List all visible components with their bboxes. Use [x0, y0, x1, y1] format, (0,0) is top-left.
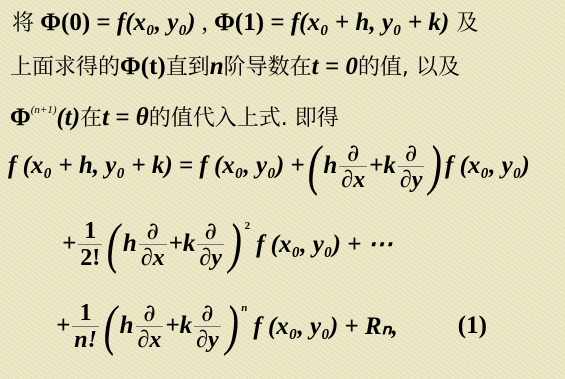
text-segment: 上面求得的 — [10, 55, 120, 80]
plus: + — [56, 312, 70, 340]
t-equals-theta: t = θ — [102, 104, 149, 131]
left-paren: ( — [104, 298, 117, 354]
args-2: (x₀ + h, y₀ + k) — [299, 9, 449, 36]
plus: + — [165, 312, 179, 340]
exponent-2: 2 — [245, 220, 251, 232]
text-line-2: 上面求得的Φ(t)直到n阶导数在t = 0的值, 以及 — [10, 52, 460, 83]
equation-label: (1) — [458, 312, 487, 340]
text-segment: 直到 — [166, 55, 210, 80]
partial-x-fraction: ∂∂x — [136, 300, 164, 353]
partial-x-fraction: ∂∂x — [139, 218, 167, 271]
partial-y-fraction: ∂∂y — [197, 218, 224, 271]
coef-1-over-2-factorial: 12! — [78, 218, 102, 271]
h-symbol: h — [323, 152, 337, 180]
partial-symbol: ∂ — [145, 218, 161, 244]
dy: ∂y — [398, 166, 425, 193]
dy: ∂y — [194, 326, 221, 353]
dx: ∂x — [339, 166, 367, 193]
partial-x-fraction: ∂∂x — [339, 140, 367, 193]
plus: + — [62, 230, 76, 258]
equation-line-1: f (x₀ + h, y₀ + k) = f (x₀, y₀) + ( h ∂∂… — [8, 138, 530, 194]
denominator: n! — [72, 326, 99, 353]
args-1: (x₀, y₀) — [125, 9, 195, 36]
phi-symbol: Φ — [10, 104, 31, 131]
equals: = — [90, 9, 117, 36]
partial-y-fraction: ∂∂y — [194, 300, 221, 353]
partial-symbol: ∂ — [202, 218, 218, 244]
left-paren: ( — [107, 216, 120, 272]
partial-symbol: ∂ — [403, 140, 419, 166]
phi-t: Φ(t) — [120, 53, 166, 80]
numerator: 1 — [82, 218, 98, 244]
f-symbol: f — [117, 9, 125, 36]
h-symbol: h — [120, 312, 134, 340]
dx: ∂x — [139, 244, 167, 271]
h-symbol: h — [123, 230, 137, 258]
partial-y-fraction: ∂∂y — [398, 140, 425, 193]
k-symbol: k — [383, 152, 396, 180]
denominator: 2! — [78, 244, 102, 271]
numerator: 1 — [78, 300, 94, 326]
text-jiang: 将 — [12, 11, 34, 36]
dx: ∂x — [136, 326, 164, 353]
superscript-n-plus-1: (n+1) — [31, 104, 57, 116]
text-segment: 的值, 以及 — [358, 55, 460, 80]
partial-symbol: ∂ — [345, 140, 361, 166]
text-segment: 在 — [80, 106, 102, 131]
right-paren: ) — [229, 216, 242, 272]
exponent-n: n — [241, 302, 247, 314]
n-symbol: n — [210, 53, 224, 80]
phi-0: Φ(0) — [40, 9, 90, 36]
plus: + — [369, 152, 383, 180]
left-paren: ( — [307, 138, 320, 194]
equation-lhs: f (x₀ + h, y₀ + k) = f (x₀, y₀) + — [8, 152, 305, 180]
right-paren: ) — [225, 298, 238, 354]
text-segment: 的值代入上式. 即得 — [149, 106, 339, 131]
comma: , — [195, 9, 214, 36]
coef-1-over-n-factorial: 1n! — [72, 300, 99, 353]
text-line-1: 将 Φ(0) = f(x₀, y₀) , Φ(1) = f(x₀ + h, y₀… — [12, 8, 478, 39]
dy: ∂y — [197, 244, 224, 271]
equals-2: = — [264, 9, 291, 36]
phi-1: Φ(1) — [214, 9, 264, 36]
term2-tail: f (x₀, y₀) + ⋯ — [256, 229, 393, 259]
f-term: f (x₀, y₀) — [445, 152, 530, 180]
text-line-3: Φ(n+1)(t)在t = θ的值代入上式. 即得 — [10, 95, 339, 134]
t-arg: (t) — [56, 104, 80, 131]
f-symbol-2: f — [291, 9, 299, 36]
plus: + — [169, 230, 183, 258]
text-ji: 及 — [449, 11, 478, 36]
right-paren: ) — [429, 138, 442, 194]
k-symbol: k — [183, 230, 196, 258]
k-symbol: k — [180, 312, 193, 340]
equation-line-3: + 1n! ( h ∂∂x + k ∂∂y ) n f (x₀, y₀) + R… — [56, 298, 487, 354]
partial-symbol: ∂ — [199, 300, 215, 326]
text-segment: 阶导数在 — [224, 55, 312, 80]
term3-tail: f (x₀, y₀) + Rₙ, — [253, 311, 397, 341]
equation-line-2: + 12! ( h ∂∂x + k ∂∂y ) 2 f (x₀, y₀) + ⋯ — [62, 216, 393, 272]
t-equals-0: t = 0 — [312, 53, 358, 80]
partial-symbol: ∂ — [141, 300, 157, 326]
